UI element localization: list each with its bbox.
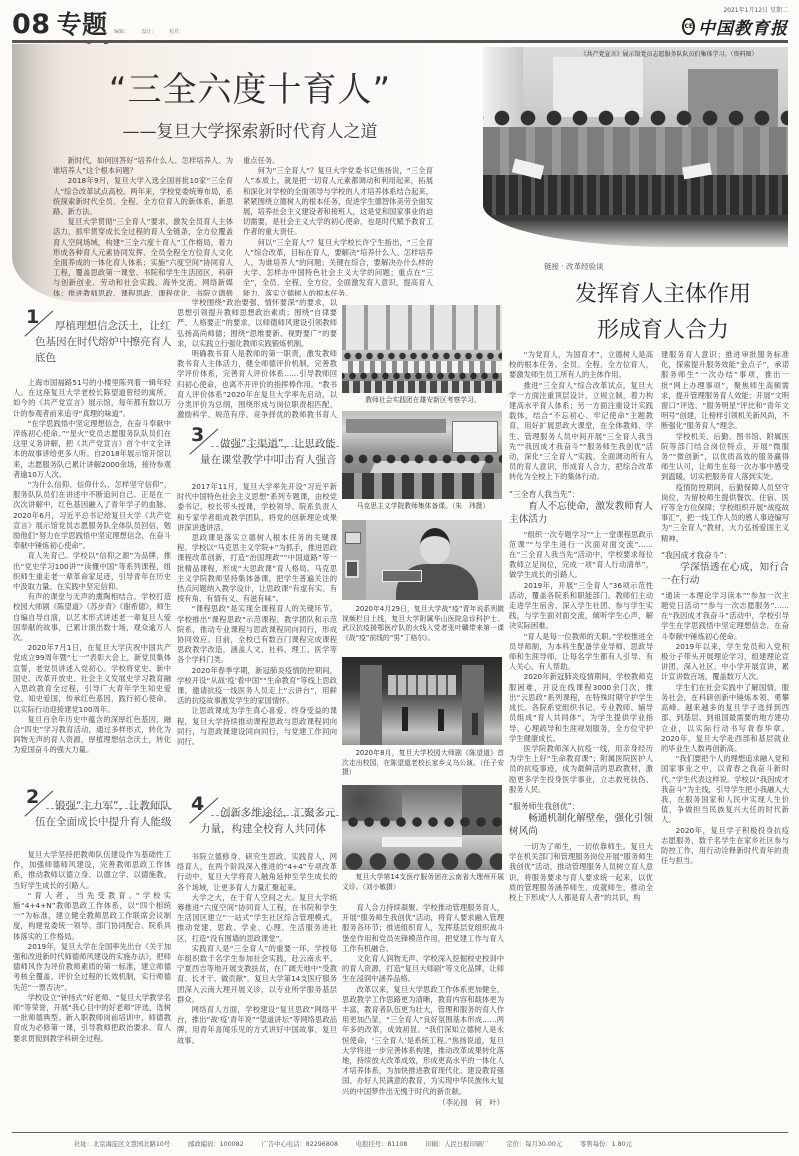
- paragraph: 医学院教师深入抗疫一线，用亲身经历为学生上好“生命教育课”；附属医院医护人员的抗…: [509, 744, 653, 795]
- section-1-body: 上海市国福路51号的小楼里陈列着一辑年轻人。在这座复旦大学老校长陈望道曾经的寓所…: [13, 378, 171, 772]
- paragraph: 有声的课堂与无声的熏陶相结合。学校打造校园大师剧《陈望道》《苏步青》《谢希德》，…: [13, 592, 171, 643]
- paragraph: “组织一次专题学习”“上一堂课程思政示范课”“与学生进行一次面对面交流”……在“…: [509, 530, 653, 581]
- photo-video-still: [342, 520, 502, 600]
- paragraph: 2020年7月1日，在复旦大学庆祝中国共产党成立99周年暨“七一”表彰大会上，新…: [13, 643, 171, 714]
- sidebar-part-b-paragraphs: 一切为了师生，一切依靠师生。复旦大学在机关部门和管理服务岗位开展“服务师生我创优…: [509, 842, 653, 903]
- feature-intro-column-2: 重点任务。何为“三全育人”？复旦大学党委书记焦扬说，“三全育人”本质上，就是把一…: [243, 156, 433, 296]
- paragraph: 重点任务。: [243, 156, 433, 166]
- paragraph: 复旦大学贯彻“三全育人”要求，激发全员育人主体活力，抓牢贯穿成长全过程的育人全链…: [53, 217, 233, 296]
- paragraph: 新时代，如何回答好“培养什么人、怎样培养人、为谁培养人”这个根本问题？: [53, 156, 233, 176]
- photo-study-group: 《共产党宣言》展示馆党员志愿服务队队员们集体学习。（资料图）: [483, 47, 788, 247]
- paragraph: 育人先育己。学校以“信仰之源”为品牌，推出“党史学习100讲”“读懂中国”等系列…: [13, 551, 171, 592]
- article-byline: （李沁园 何 叶）: [342, 1098, 504, 1108]
- footer-ad-phone: 广告中心电话：82296808: [262, 1139, 338, 1148]
- sidebar-column-d: “为党育人，为国育才”，立德树人是高校的根本任务。全员、全程、全方位育人，要激发…: [509, 350, 653, 1124]
- paragraph: 网络育人方面，学校建设“复旦思政”网络平台，推出“战‘疫’青年说”“望道讲坛”等…: [177, 1005, 337, 1046]
- paragraph: 文化育人润物无声。学校深入挖掘校史校训中的育人资源，打造“复旦大师剧”等文化品牌…: [342, 954, 504, 985]
- photo-caption: 马克思主义学院教师集体备课。（朱 玮摄）: [342, 502, 504, 512]
- footer-price-month: 定价：每月30.00元: [506, 1139, 562, 1148]
- paragraph: 2019年，复旦大学在全国率先出台《关于加强和改进新时代师德师风建设的实施办法》…: [13, 942, 171, 993]
- footer-address: 社址：北京海淀区文慧园北路10号: [74, 1139, 170, 1148]
- paragraph: “课程思政”是实现全课程育人的关键环节。学校推出“课程思政”示范课程、教学团队和…: [177, 604, 337, 665]
- paragraph: 让思政课成为学生真心喜爱、终身受益的课程，复旦大学持续推动课程思政与思政课程同向…: [177, 706, 337, 747]
- paragraph: 推进“三全育人”综合改革试点，复旦大学一方面注重顶层设计，立规立制，着力构建高水…: [509, 381, 653, 483]
- paragraph: “为什么信仰、信仰什么、怎样坚守信仰”，服务队队员们在讲述中不断追问自己。正是在…: [13, 480, 171, 551]
- section-4-body-col-c: 育人合力持续凝聚。学校推动管理服务育人，开展“服务师生我创优”活动，将育人要求融…: [342, 903, 504, 1124]
- paragraph: 2020年春季学期，新冠肺炎疫情防控期间，学校开设“从战‘疫’看中国”“生命教育…: [177, 666, 337, 707]
- footer-telegraph: 电报挂号：81108: [356, 1139, 408, 1148]
- photo-medical-service: [342, 785, 502, 870]
- sidebar-column-e: 建服务育人意识；推进审批服务标准化，探索提升服务效能“金点子”，承诺服务师生“一…: [661, 350, 789, 1124]
- section-title: 创新多维途径，汇聚多元力量，构建全校育人共同体: [200, 805, 339, 837]
- paragraph: 复旦百余年历史中蕴含的深厚红色基因，融合“四史”学习教育活动，通过多样形式，转化…: [13, 715, 171, 756]
- paragraph: 学校机关、后勤、图书馆、附属医院等部门结合岗位特点，开展“微服务”“微创新”，以…: [661, 432, 789, 483]
- section-2-body-col-b: 学校围绕“政治要强、情怀要深”的要求，以思想引领提升教师思想政治素质；围绕“自律…: [177, 298, 337, 420]
- feature-intro-column-1: 新时代，如何回答好“培养什么人、怎样培养人、为谁培养人”这个根本问题？2018年…: [53, 156, 233, 296]
- subheading-main: 畅通机制化解壁垒，强化引领树风尚: [509, 812, 653, 838]
- subheading-students-strive: “我因成才我奋斗”： 学深悟透在心成，知行合一在行动: [661, 550, 789, 587]
- subheading-lead: “三全育人我当先”：: [509, 489, 653, 500]
- subheading-lead: “我因成才我奋斗”：: [661, 550, 789, 561]
- page-section: 专题: [57, 10, 108, 39]
- paragraph: “在学思践悟中坚定理想信念，在奋斗奉献中淬炼初心使命。”“星火”党员志愿服务队队…: [13, 419, 171, 480]
- sidebar-title-line-2: 形成育人合力: [545, 313, 781, 349]
- section-4-body-col-b: 书院立德修身、研究生思政、实践育人、网络育人，在两个阶段深入推进的“4+4”专项…: [177, 852, 337, 1124]
- newspaper-logo-icon: CE: [682, 18, 695, 35]
- paragraph: 学生们在社会实践中了解国情、服务社会，在科研创新中锤炼本领、勇攀高峰。越来越多的…: [661, 683, 789, 754]
- section-3-body: 2017年11月，复旦大学率先开设“习近平新时代中国特色社会主义思想”系列专题课…: [177, 482, 337, 788]
- photo-teachers-xiongan: [342, 305, 502, 393]
- photo-caption: 《共产党宣言》展示馆党员志愿服务队队员们集体学习。（资料图）: [553, 50, 785, 60]
- paragraph: 思政课是落实立德树人根本任务的关键课程。学校以“马克思主义学院+”为抓手，推进思…: [177, 533, 337, 604]
- footer-postcode: 邮政编码：100082: [188, 1139, 244, 1148]
- paragraph: 2017年11月，复旦大学率先开设“习近平新时代中国特色社会主义思想”系列专题课…: [177, 482, 337, 533]
- section-title: 厚植理想信念沃土，让红色基因在时代熔炉中擦亮育人底色: [35, 318, 172, 366]
- photo-caption: 2020年8月，复旦大学校园大师剧《陈望道》首次走出校园，在陈望道老校长家乡义乌…: [342, 749, 504, 778]
- section-4-heading: 4 创新多维途径，汇聚多元力量，构建全校育人共同体: [177, 793, 339, 853]
- paragraph: 复旦大学坚持把教师队伍建设作为基础性工作，加强师德师风建设，完善教师思政工作体系…: [13, 850, 171, 891]
- subheading-lead: “服务师生我创优”：: [509, 801, 653, 812]
- paragraph: 2019年以来，学生党员和入党积极分子带头开展理论学习，组建理论宣讲团，深入社区…: [661, 642, 789, 683]
- paragraph: 何以“三全育人”？复旦大学校长许宁生指出，“三全育人”综合改革，目标在育人，要解…: [243, 238, 433, 296]
- paragraph: “为党育人，为国育才”，立德树人是高校的根本任务。全员、全程、全方位育人，要激发…: [509, 350, 653, 381]
- paragraph: “育人者，当先受教育。”学校实施“4+4+N”教师思政工作体系，以“四个相统一”…: [13, 891, 171, 942]
- photo-stage-play: [342, 657, 502, 745]
- section-2-body-col-a: 复旦大学坚持把教师队伍建设作为基础性工作，加强师德师风建设，完善教师思政工作体系…: [13, 850, 171, 1124]
- paragraph: 育人合力持续凝聚。学校推动管理服务育人，开展“服务师生我创优”活动，将育人要求融…: [342, 903, 504, 954]
- photo-caption: 教师社会实践团在雄安新区考察学习。: [342, 396, 504, 406]
- footer-price-single: 零售每份：1.80元: [580, 1139, 632, 1148]
- editor-line: 编辑： 设计： 校对：: [114, 28, 184, 35]
- section-title: 做强“主渠道”，让思政能量在课堂教学中叩击育人强音: [200, 436, 339, 468]
- header-rule: [12, 40, 788, 43]
- paragraph: 2020年新冠肺炎疫情期间，学校教师克服困难，开设在线课程3000余门次，推出“…: [509, 672, 653, 743]
- paragraph: 何为“三全育人”？复旦大学党委书记焦扬说，“三全育人”本质上，就是把一切育人元素…: [243, 166, 433, 237]
- section-4-body-col-c-paragraphs: 育人合力持续凝聚。学校推动管理服务育人，开展“服务师生我创优”活动，将育人要求融…: [342, 903, 504, 1097]
- paragraph: 2019年，开展“三全育人”36项示范性活动，覆盖各院系和职能部门。教师们主动走…: [509, 581, 653, 632]
- paragraph: 学校设立“钟扬式”好老师、“复旦大学教学名师”等荣誉，开展“我心目中的好老师”评…: [13, 993, 171, 1044]
- paragraph: 疫情防控期间，后勤保障人员坚守岗位，为留校师生提供餐饮、住宿、医疗等全方位保障；…: [661, 483, 789, 544]
- sidebar-part-d-paragraphs: “通读一本理论学习读本”“参加一次主题党日活动”“参与一次志愿服务”……在“我因…: [661, 591, 789, 866]
- page-number: 08: [12, 9, 51, 40]
- paragraph: “育人是每一位教师的天职。”学校推进全员导师制，为本科生配备学业导师、思政导师和…: [509, 632, 653, 673]
- section-2-heading: 2 锻强“主力军”，让教师队伍在全面成长中提升育人能级: [12, 786, 172, 846]
- paragraph: 一切为了师生，一切依靠师生。复旦大学在机关部门和管理服务岗位开展“服务师生我创优…: [509, 842, 653, 903]
- paragraph: 上海市国福路51号的小楼里陈列着一辑年轻人。在这座复旦大学老校长陈望道曾经的寓所…: [13, 378, 171, 419]
- subheading-teachers-first: “三全育人我当先”： 育人不忘使命，激发教师育人主体活力: [509, 489, 653, 526]
- sidebar-part-c-paragraphs: 建服务育人意识；推进审批服务标准化，探索提升服务效能“金点子”，承诺服务师生“一…: [661, 350, 789, 544]
- footer-printer: 印刷：人民日报印刷厂: [425, 1139, 488, 1148]
- section-1-heading: 1 厚植理想信念沃土，让红色基因在时代熔炉中擦亮育人底色: [12, 306, 172, 366]
- subheading-main: 学深悟透在心成，知行合一在行动: [661, 561, 789, 587]
- paragraph: 书院立德修身、研究生思政、实践育人、网络育人，在两个阶段深入推进的“4+4”专项…: [177, 852, 337, 893]
- photo-caption: 2020年4月29日，复旦大学战“疫”青年说系列微视频栏目上线，复旦大学附属华山…: [342, 605, 504, 643]
- paragraph: 大学之大，在于育人空间之大。复旦大学统筹推进“六度空间”协同育人工程，在书院和学…: [177, 893, 337, 944]
- feature-subtitle: ——复旦大学探索新时代育人之道: [40, 117, 460, 142]
- sidebar-article-title: 发挥育人主体作用 形成育人合力: [545, 277, 781, 349]
- sidebar-intro-paragraphs: “为党育人，为国育才”，立德树人是高校的根本任务。全员、全程、全方位育人，要激发…: [509, 350, 653, 483]
- photo-caption: 复旦大学第14支医疗服务团在云南省大理州开展义诊。（刘小敏摄）: [342, 873, 504, 892]
- subheading-service-excellence: “服务师生我创优”： 畅通机制化解壁垒，强化引领树风尚: [509, 801, 653, 838]
- column-label: 链接 · 改革经验谈: [544, 261, 604, 272]
- paragraph: 改革以来，复旦大学思政工作体系更加健全，思政教学工作思路更为清晰，教育内容和载体…: [342, 985, 504, 1097]
- paragraph: 明确教书育人是教师的第一职责，激发教师教书育人主体活力，健全师德评价机制，完善教…: [177, 349, 337, 420]
- footer-rule: [12, 1132, 788, 1133]
- feature-title: “三全六度十育人”: [40, 62, 460, 111]
- paragraph: 实践育人是“三全育人”的重要一环。学校每年组织数千名学生参加社会实践，赴云南永平…: [177, 944, 337, 1005]
- page-header-title: 08专题: [12, 5, 108, 41]
- paragraph: “我们要把个人的理想追求融入党和国家事业之中，以青春之我奋斗新时代。”学生代表这…: [661, 754, 789, 825]
- newspaper-name: 中国教育报: [698, 14, 788, 39]
- paragraph: 建服务育人意识；推进审批服务标准化，探索提升服务效能“金点子”，承诺服务师生“一…: [661, 350, 789, 432]
- paragraph: 2020年，复旦学子积极投身抗疫志愿服务，数千名学生在家乡社区参与防控工作，用行…: [661, 826, 789, 867]
- masthead: CE 中国教育报: [690, 13, 788, 39]
- paragraph: “通读一本理论学习读本”“参加一次主题党日活动”“参与一次志愿服务”……在“我因…: [661, 591, 789, 642]
- footer: 社址：北京海淀区文慧园北路10号 邮政编码：100082 广告中心电话：8229…: [74, 1139, 774, 1148]
- paragraph: 2018年9月，复旦大学入选全国首批10家“三全育人”综合改革试点高校。两年来，…: [53, 176, 233, 217]
- photo-collective-lesson-prep: [342, 411, 502, 499]
- section-title: 锻强“主力军”，让教师队伍在全面成长中提升育人能级: [35, 798, 172, 830]
- section-3-heading: 3 做强“主渠道”，让思政能量在课堂教学中叩击育人强音: [177, 424, 339, 484]
- sidebar-part-a-paragraphs: “组织一次专题学习”“上一堂课程思政示范课”“与学生进行一次面对面交流”……在“…: [509, 530, 653, 795]
- sidebar-title-line-1: 发挥育人主体作用: [545, 277, 781, 313]
- subheading-main: 育人不忘使命，激发教师育人主体活力: [509, 500, 653, 526]
- paragraph: 学校围绕“政治要强、情怀要深”的要求，以思想引领提升教师思想政治素质；围绕“自律…: [177, 298, 337, 349]
